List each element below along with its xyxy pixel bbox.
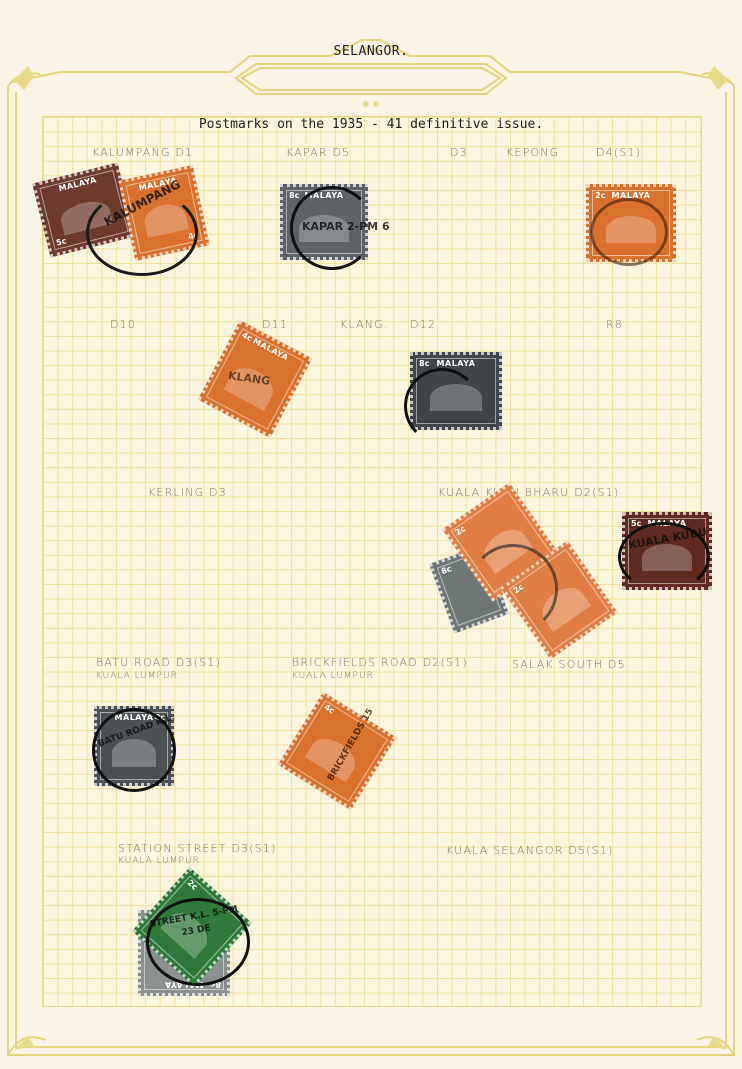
label-d12: D12 — [410, 318, 436, 331]
label-d3: D3 — [450, 146, 468, 159]
postmark-kepong — [590, 198, 668, 266]
label-batu-road-city: KUALA LUMPUR — [96, 671, 178, 681]
label-brickfields-city: KUALA LUMPUR — [292, 671, 374, 681]
label-kapar: KAPAR D5 — [286, 146, 350, 159]
album-page: SELANGOR. Postmarks on the 1935 - 41 def… — [0, 0, 742, 1069]
label-batu-road: BATU ROAD D3(S1) — [96, 656, 221, 669]
label-kalumpang: KALUMPANG D1 — [92, 146, 193, 159]
label-station-street: STATION STREET D3(S1) — [118, 842, 277, 855]
label-brickfields-road: BRICKFIELDS ROAD D2(S1) — [292, 656, 468, 669]
label-station-street-city: KUALA LUMPUR — [118, 856, 200, 866]
label-r8: R8 — [606, 318, 623, 331]
page-title: SELANGOR. — [0, 44, 742, 59]
postmark-kkb — [468, 544, 558, 634]
label-salak-south: SALAK SOUTH D5 — [512, 658, 626, 671]
label-kerling: KERLING D3 — [148, 486, 227, 499]
label-kuala-selangor: KUALA SELANGOR D5(S1) — [446, 844, 614, 857]
label-d4s1: D4(S1) — [596, 146, 641, 159]
postmark-text-kapar: KAPAR 2-PM 6 — [302, 220, 390, 233]
label-kuala-kubu-bharu: KUALA KUBU BHARU D2(S1) — [438, 486, 619, 499]
label-klang: KLANG. — [340, 318, 389, 331]
postmark-klang-d12 — [404, 368, 480, 444]
page-subtitle: Postmarks on the 1935 - 41 definitive is… — [0, 117, 742, 132]
label-kepong: KEPONG — [506, 146, 559, 159]
label-d11: D11 — [262, 318, 288, 331]
label-d10: D10 — [110, 318, 136, 331]
